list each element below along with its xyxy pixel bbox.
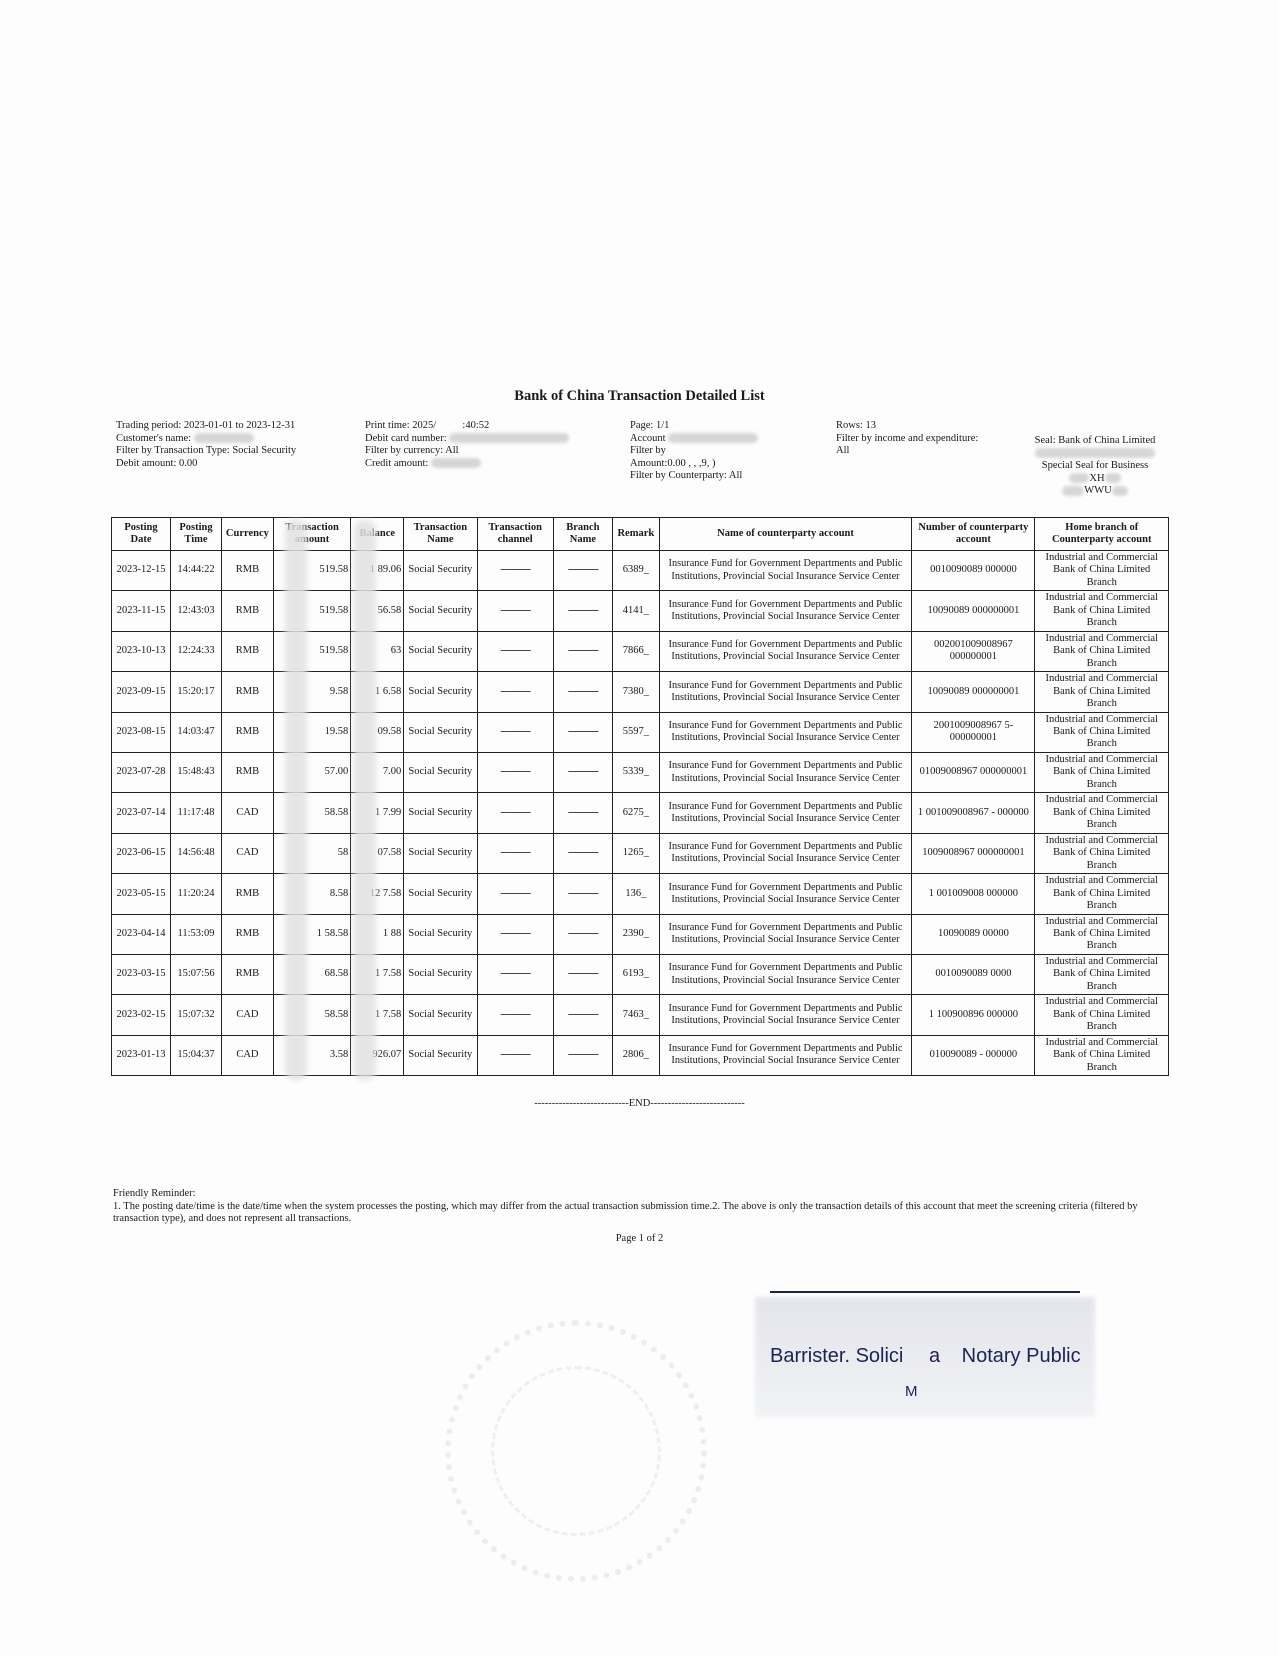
- counterparty-number-cell: 10090089 000000001: [912, 591, 1035, 631]
- transaction-name-cell: Social Security: [404, 874, 477, 914]
- counterparty-name-cell: Insurance Fund for Government Department…: [659, 631, 912, 671]
- branch-name-cell: ------------: [553, 874, 612, 914]
- currency-cell: RMB: [221, 672, 273, 712]
- transaction-channel-cell: ------------: [477, 793, 553, 833]
- remark-cell: 7380_: [612, 672, 659, 712]
- transaction-name-cell: Social Security: [404, 752, 477, 792]
- posting-date-cell: 2023-07-28: [112, 752, 171, 792]
- currency-cell: RMB: [221, 551, 273, 591]
- currency-cell: RMB: [221, 752, 273, 792]
- transaction-type-filter: Filter by Transaction Type: Social Secur…: [116, 445, 296, 458]
- counterparty-home-branch-cell: Industrial and Commercial Bank of China …: [1035, 954, 1169, 994]
- reminder-text: 1. The posting date/time is the date/tim…: [113, 1201, 1163, 1226]
- table-row: 2023-06-1514:56:48CAD5807.58Social Secur…: [112, 833, 1169, 873]
- branch-name-cell: ------------: [553, 672, 612, 712]
- transaction-channel-cell: ------------: [477, 833, 553, 873]
- table-header-row: Posting DatePosting TimeCurrencyTransact…: [112, 518, 1169, 551]
- counterparty-number-cell: 2001009008967 5- 000000001: [912, 712, 1035, 752]
- counterparty-name-cell: Insurance Fund for Government Department…: [659, 591, 912, 631]
- remark-cell: 5597_: [612, 712, 659, 752]
- posting-date-cell: 2023-05-15: [112, 874, 171, 914]
- seal-bank: Seal: Bank of China Limited: [1020, 435, 1170, 448]
- seal-info: Seal: Bank of China Limited Special Seal…: [1020, 435, 1170, 498]
- counterparty-number-cell: 1 001009008 000000: [912, 874, 1035, 914]
- posting-date-cell: 2023-08-15: [112, 712, 171, 752]
- counterparty-name-cell: Insurance Fund for Government Department…: [659, 793, 912, 833]
- seal-type: Special Seal for Business: [1020, 460, 1170, 473]
- remark-cell: 1265_: [612, 833, 659, 873]
- counterparty-name-cell: Insurance Fund for Government Department…: [659, 914, 912, 954]
- seal-branch-redacted: [1020, 448, 1170, 461]
- table-row: 2023-03-1515:07:56RMB68.581 7.58Social S…: [112, 954, 1169, 994]
- page-number: Page 1 of 2: [0, 1233, 1279, 1244]
- posting-time-cell: 15:07:32: [171, 995, 222, 1035]
- remark-cell: 6389_: [612, 551, 659, 591]
- posting-time-cell: 11:17:48: [171, 793, 222, 833]
- signature-line: [770, 1291, 1080, 1293]
- currency-cell: RMB: [221, 631, 273, 671]
- counterparty-name-cell: Insurance Fund for Government Department…: [659, 672, 912, 712]
- counterparty-home-branch-cell: Industrial and Commercial Bank of China …: [1035, 833, 1169, 873]
- branch-name-cell: ------------: [553, 793, 612, 833]
- posting-date-cell: 2023-06-15: [112, 833, 171, 873]
- amount-filter: Amount:0.00 , , ,9, ): [630, 458, 758, 471]
- transaction-channel-cell: ------------: [477, 1035, 553, 1075]
- transaction-channel-cell: ------------: [477, 672, 553, 712]
- counterparty-home-branch-cell: Industrial and Commercial Bank of China …: [1035, 995, 1169, 1035]
- embossed-notary-seal: [445, 1320, 707, 1582]
- remark-cell: 2806_: [612, 1035, 659, 1075]
- table-row: 2023-08-1514:03:47RMB19.5809.58Social Se…: [112, 712, 1169, 752]
- transaction-name-cell: Social Security: [404, 914, 477, 954]
- column-header: Branch Name: [553, 518, 612, 551]
- remark-cell: 136_: [612, 874, 659, 914]
- transaction-name-cell: Social Security: [404, 793, 477, 833]
- posting-date-cell: 2023-09-15: [112, 672, 171, 712]
- currency-cell: CAD: [221, 793, 273, 833]
- table-row: 2023-10-1312:24:33RMB519.5863Social Secu…: [112, 631, 1169, 671]
- posting-date-cell: 2023-11-15: [112, 591, 171, 631]
- currency-cell: RMB: [221, 874, 273, 914]
- income-expenditure-filter: Filter by income and expenditure:: [836, 433, 978, 446]
- transaction-channel-cell: ------------: [477, 752, 553, 792]
- posting-time-cell: 15:07:56: [171, 954, 222, 994]
- counterparty-name-cell: Insurance Fund for Government Department…: [659, 712, 912, 752]
- notary-title: Barrister. Solici a Notary Public: [770, 1345, 1081, 1368]
- posting-time-cell: 14:44:22: [171, 551, 222, 591]
- notary-signature-block: Barrister. Solici a Notary Public M: [755, 1283, 1095, 1423]
- branch-name-cell: ------------: [553, 551, 612, 591]
- branch-name-cell: ------------: [553, 712, 612, 752]
- counterparty-home-branch-cell: Industrial and Commercial Bank of China …: [1035, 712, 1169, 752]
- table-row: 2023-01-1315:04:37CAD3.58926.07Social Se…: [112, 1035, 1169, 1075]
- remark-cell: 7463_: [612, 995, 659, 1035]
- column-header: Transaction channel: [477, 518, 553, 551]
- remark-cell: 7866_: [612, 631, 659, 671]
- column-header: Transaction Name: [404, 518, 477, 551]
- posting-time-cell: 15:04:37: [171, 1035, 222, 1075]
- table-row: 2023-04-1411:53:09RMB1 58.581 88Social S…: [112, 914, 1169, 954]
- transaction-channel-cell: ------------: [477, 995, 553, 1035]
- counterparty-home-branch-cell: Industrial and Commercial Bank of China …: [1035, 914, 1169, 954]
- end-marker: ---------------------------END----------…: [0, 1098, 1279, 1109]
- counterparty-number-cell: 1 100900896 000000: [912, 995, 1035, 1035]
- notary-line2: M: [905, 1383, 918, 1400]
- counterparty-name-cell: Insurance Fund for Government Department…: [659, 1035, 912, 1075]
- counterparty-number-cell: 1009008967 000000001: [912, 833, 1035, 873]
- branch-name-cell: ------------: [553, 752, 612, 792]
- table-row: 2023-05-1511:20:24RMB8.5812 7.58Social S…: [112, 874, 1169, 914]
- table-row: 2023-12-1514:44:22RMB519.581 89.06Social…: [112, 551, 1169, 591]
- currency-cell: RMB: [221, 914, 273, 954]
- counterparty-number-cell: 1 001009008967 - 000000: [912, 793, 1035, 833]
- posting-time-cell: 11:53:09: [171, 914, 222, 954]
- table-row: 2023-07-2815:48:43RMB57.007.00Social Sec…: [112, 752, 1169, 792]
- transaction-name-cell: Social Security: [404, 631, 477, 671]
- currency-cell: RMB: [221, 954, 273, 994]
- transaction-name-cell: Social Security: [404, 591, 477, 631]
- counterparty-number-cell: 010090089 - 000000: [912, 1035, 1035, 1075]
- seal-code-2: WWU: [1020, 485, 1170, 498]
- table-row: 2023-02-1515:07:32CAD58.581 7.58Social S…: [112, 995, 1169, 1035]
- posting-time-cell: 12:43:03: [171, 591, 222, 631]
- redaction-mark-balance: [354, 520, 376, 1080]
- branch-name-cell: ------------: [553, 914, 612, 954]
- remark-cell: 5339_: [612, 752, 659, 792]
- counterparty-home-branch-cell: Industrial and Commercial Bank of China …: [1035, 591, 1169, 631]
- reminder-title: Friendly Reminder:: [113, 1188, 1163, 1201]
- counterparty-home-branch-cell: Industrial and Commercial Bank of China …: [1035, 551, 1169, 591]
- posting-date-cell: 2023-07-14: [112, 793, 171, 833]
- counterparty-filter: Filter by Counterparty: All: [630, 470, 758, 483]
- branch-name-cell: ------------: [553, 1035, 612, 1075]
- posting-date-cell: 2023-02-15: [112, 995, 171, 1035]
- counterparty-name-cell: Insurance Fund for Government Department…: [659, 551, 912, 591]
- posting-date-cell: 2023-12-15: [112, 551, 171, 591]
- currency-cell: CAD: [221, 995, 273, 1035]
- debit-amount: Debit amount: 0.00: [116, 458, 296, 471]
- counterparty-number-cell: 01009008967 000000001: [912, 752, 1035, 792]
- branch-name-cell: ------------: [553, 995, 612, 1035]
- transaction-name-cell: Social Security: [404, 833, 477, 873]
- counterparty-name-cell: Insurance Fund for Government Department…: [659, 833, 912, 873]
- branch-name-cell: ------------: [553, 591, 612, 631]
- transaction-channel-cell: ------------: [477, 591, 553, 631]
- table-row: 2023-11-1512:43:03RMB519.5856.58Social S…: [112, 591, 1169, 631]
- friendly-reminder: Friendly Reminder: 1. The posting date/t…: [113, 1188, 1163, 1226]
- column-header: Posting Date: [112, 518, 171, 551]
- counterparty-number-cell: 002001009008967 000000001: [912, 631, 1035, 671]
- posting-time-cell: 15:20:17: [171, 672, 222, 712]
- counterparty-home-branch-cell: Industrial and Commercial Bank of China …: [1035, 1035, 1169, 1075]
- table-row: 2023-07-1411:17:48CAD58.581 7.99Social S…: [112, 793, 1169, 833]
- counterparty-home-branch-cell: Industrial and Commercial Bank of China …: [1035, 874, 1169, 914]
- transaction-name-cell: Social Security: [404, 954, 477, 994]
- transaction-channel-cell: ------------: [477, 551, 553, 591]
- posting-time-cell: 12:24:33: [171, 631, 222, 671]
- counterparty-number-cell: 10090089 000000001: [912, 672, 1035, 712]
- seal-code-1: XH: [1020, 473, 1170, 486]
- meta-page-info: Page: 1/1 Account Filter by Amount:0.00 …: [630, 420, 758, 483]
- credit-amount: Credit amount:: [365, 458, 569, 471]
- posting-date-cell: 2023-04-14: [112, 914, 171, 954]
- trading-period: Trading period: 2023-01-01 to 2023-12-31: [116, 420, 296, 433]
- transaction-channel-cell: ------------: [477, 954, 553, 994]
- account: Account: [630, 433, 758, 446]
- counterparty-home-branch-cell: Industrial and Commercial Bank of China …: [1035, 672, 1169, 712]
- remark-cell: 6275_: [612, 793, 659, 833]
- counterparty-number-cell: 0010090089 000000: [912, 551, 1035, 591]
- transaction-channel-cell: ------------: [477, 631, 553, 671]
- currency-cell: RMB: [221, 591, 273, 631]
- customer-name: Customer's name:: [116, 433, 296, 446]
- currency-cell: CAD: [221, 1035, 273, 1075]
- counterparty-number-cell: 0010090089 0000: [912, 954, 1035, 994]
- counterparty-home-branch-cell: Industrial and Commercial Bank of China …: [1035, 752, 1169, 792]
- column-header: Remark: [612, 518, 659, 551]
- table-row: 2023-09-1515:20:17RMB9.581 6.58Social Se…: [112, 672, 1169, 712]
- transaction-channel-cell: ------------: [477, 874, 553, 914]
- column-header: Home branch of Counterparty account: [1035, 518, 1169, 551]
- transaction-name-cell: Social Security: [404, 712, 477, 752]
- counterparty-home-branch-cell: Industrial and Commercial Bank of China …: [1035, 631, 1169, 671]
- counterparty-number-cell: 10090089 00000: [912, 914, 1035, 954]
- posting-date-cell: 2023-01-13: [112, 1035, 171, 1075]
- meta-trading-info: Trading period: 2023-01-01 to 2023-12-31…: [116, 420, 296, 470]
- posting-date-cell: 2023-03-15: [112, 954, 171, 994]
- branch-name-cell: ------------: [553, 833, 612, 873]
- transaction-name-cell: Social Security: [404, 995, 477, 1035]
- transaction-table: Posting DatePosting TimeCurrencyTransact…: [111, 517, 1169, 1076]
- debit-card-number: Debit card number:: [365, 433, 569, 446]
- counterparty-name-cell: Insurance Fund for Government Department…: [659, 954, 912, 994]
- column-header: Number of counterparty account: [912, 518, 1035, 551]
- transaction-channel-cell: ------------: [477, 712, 553, 752]
- posting-time-cell: 14:03:47: [171, 712, 222, 752]
- remark-cell: 4141_: [612, 591, 659, 631]
- posting-time-cell: 14:56:48: [171, 833, 222, 873]
- posting-time-cell: 15:48:43: [171, 752, 222, 792]
- rows-count: Rows: 13: [836, 420, 978, 433]
- meta-print-info: Print time: 2025/ :40:52 Debit card numb…: [365, 420, 569, 470]
- posting-date-cell: 2023-10-13: [112, 631, 171, 671]
- currency-cell: RMB: [221, 712, 273, 752]
- redaction-mark-amount: [285, 520, 307, 1080]
- page-indicator: Page: 1/1: [630, 420, 758, 433]
- posting-time-cell: 11:20:24: [171, 874, 222, 914]
- transaction-channel-cell: ------------: [477, 914, 553, 954]
- counterparty-name-cell: Insurance Fund for Government Department…: [659, 874, 912, 914]
- branch-name-cell: ------------: [553, 631, 612, 671]
- meta-rows-info: Rows: 13 Filter by income and expenditur…: [836, 420, 978, 458]
- transaction-name-cell: Social Security: [404, 1035, 477, 1075]
- remark-cell: 2390_: [612, 914, 659, 954]
- currency-filter: Filter by currency: All: [365, 445, 569, 458]
- document-title: Bank of China Transaction Detailed List: [0, 388, 1279, 405]
- transaction-name-cell: Social Security: [404, 672, 477, 712]
- print-time: Print time: 2025/ :40:52: [365, 420, 569, 433]
- column-header: Name of counterparty account: [659, 518, 912, 551]
- column-header: Posting Time: [171, 518, 222, 551]
- income-expenditure-value: All: [836, 445, 978, 458]
- remark-cell: 6193_: [612, 954, 659, 994]
- counterparty-home-branch-cell: Industrial and Commercial Bank of China …: [1035, 793, 1169, 833]
- counterparty-name-cell: Insurance Fund for Government Department…: [659, 995, 912, 1035]
- branch-name-cell: ------------: [553, 954, 612, 994]
- currency-cell: CAD: [221, 833, 273, 873]
- column-header: Currency: [221, 518, 273, 551]
- transaction-name-cell: Social Security: [404, 551, 477, 591]
- counterparty-name-cell: Insurance Fund for Government Department…: [659, 752, 912, 792]
- filter-by-label: Filter by: [630, 445, 758, 458]
